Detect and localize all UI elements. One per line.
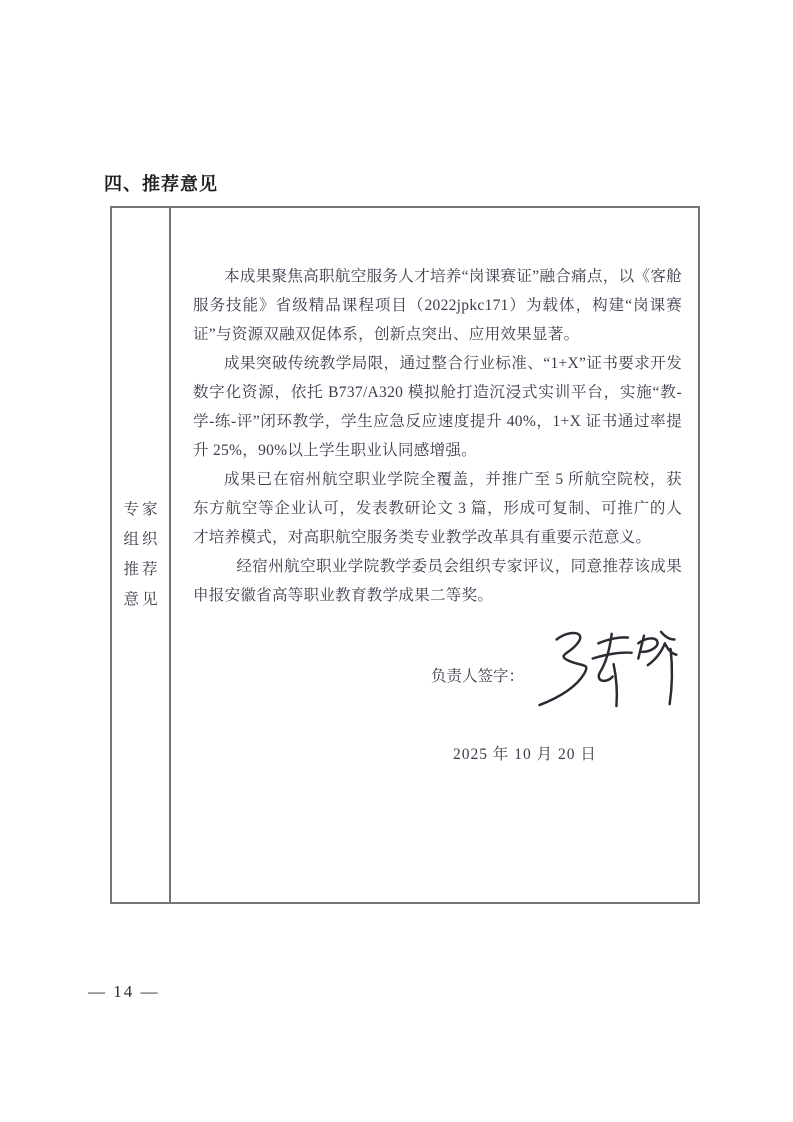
- row-header-cell: 专家 组织 推荐 意见: [112, 208, 171, 902]
- paragraph-teaching-innovation: 成果突破传统教学局限，通过整合行业标准、“1+X”证书要求开发数字化资源，依托 …: [193, 349, 682, 465]
- paragraph-achievement-overview: 本成果聚焦高职航空服务人才培养“岗课赛证”融合痛点，以《客舱服务技能》省级精品课…: [193, 262, 682, 349]
- recommendation-table: 专家 组织 推荐 意见 本成果聚焦高职航空服务人才培养“岗课赛证”融合痛点，以《…: [110, 206, 700, 904]
- handwritten-signature: [530, 624, 682, 712]
- paragraph-recommendation-conclusion: 经宿州航空职业学院教学委员会组织专家评议，同意推荐该成果申报安徽省高等职业教育教…: [193, 552, 682, 610]
- page-number: — 14 —: [88, 982, 160, 1002]
- row-header-line: 推荐: [123, 555, 160, 585]
- row-header-line: 专家: [123, 495, 160, 525]
- document-page: 四、推荐意见 专家 组织 推荐 意见 本成果聚焦高职航空服务人才培养“岗课赛证”…: [0, 0, 793, 1122]
- row-header-line: 意见: [123, 585, 160, 615]
- signature-date: 2025 年 10 月 20 日: [193, 742, 682, 764]
- signature-row: 负责人签字：: [193, 634, 682, 716]
- recommendation-content-cell: 本成果聚焦高职航空服务人才培养“岗课赛证”融合痛点，以《客舱服务技能》省级精品课…: [171, 208, 698, 902]
- row-header-line: 组织: [123, 525, 160, 555]
- section-heading: 四、推荐意见: [104, 170, 218, 196]
- signature-label: 负责人签字：: [431, 664, 524, 686]
- paragraph-application-results: 成果已在宿州航空职业学院全覆盖，并推广至 5 所航空院校，获东方航空等企业认可，…: [193, 465, 682, 552]
- row-header-label: 专家 组织 推荐 意见: [120, 495, 160, 615]
